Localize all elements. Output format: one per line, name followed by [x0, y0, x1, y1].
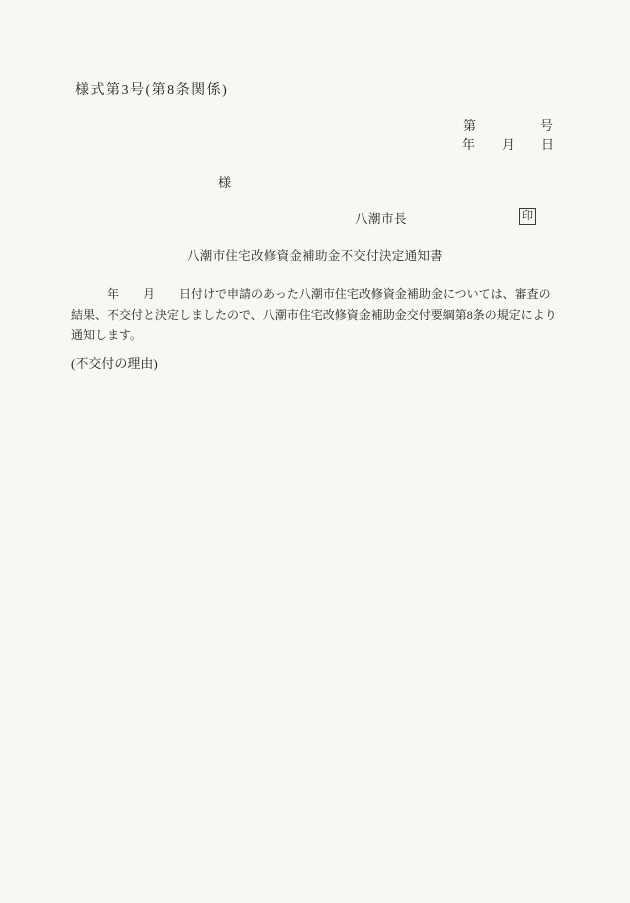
date-day-label: 日 [541, 137, 554, 153]
reason-label: (不交付の理由) [71, 356, 158, 372]
body-line: 年 月 日付けで申請のあった八潮市住宅改修資金補助金については、審査の [71, 284, 563, 305]
body-paragraph: 年 月 日付けで申請のあった八潮市住宅改修資金補助金については、審査の 結果、不… [71, 284, 563, 346]
date-month-label: 月 [502, 137, 515, 153]
doc-number-prefix: 第 [463, 118, 476, 134]
body-line: 通知します。 [71, 325, 563, 346]
form-number: 様式第3号(第8条関係) [75, 83, 228, 100]
official-seal-box: 印 [519, 208, 536, 225]
doc-number-suffix: 号 [540, 118, 553, 134]
seal-mark: 印 [522, 211, 533, 222]
sender-title: 八潮市長 [355, 212, 407, 227]
document-page: 様式第3号(第8条関係) 第 号 年 月 日 様 八潮市長 印 八潮市住宅改修資… [0, 0, 630, 903]
addressee-honorific: 様 [218, 175, 231, 191]
body-line: 結果、不交付と決定しましたので、八潮市住宅改修資金補助金交付要綱第8条の規定によ… [71, 305, 563, 326]
document-title: 八潮市住宅改修資金補助金不交付決定通知書 [0, 246, 630, 264]
date-year-label: 年 [462, 137, 475, 153]
